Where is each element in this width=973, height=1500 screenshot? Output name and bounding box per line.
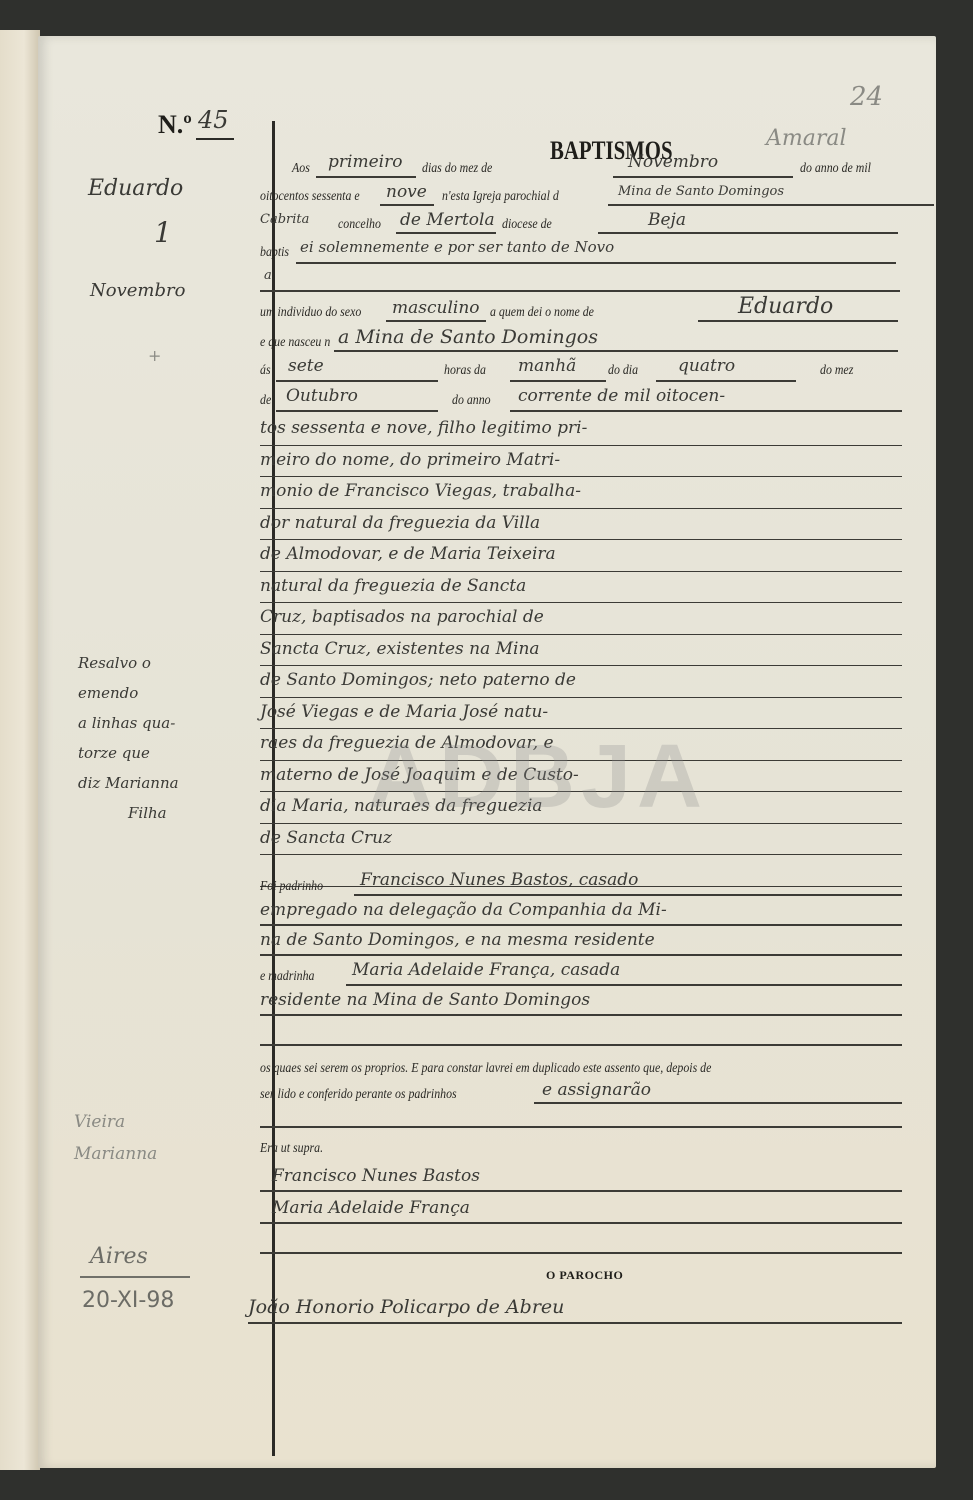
- field-diocese: Beja: [648, 210, 686, 230]
- printed-text: diocese de: [502, 216, 552, 232]
- printed-text: ás: [260, 362, 271, 378]
- printed-text: Foi padrinho: [260, 878, 323, 894]
- printed-text: n'esta Igreja parochial d: [442, 188, 559, 204]
- godfather-line-2: empregado na delegação da Companhia da M…: [260, 900, 667, 920]
- field-parish-cont: Cabrita: [260, 212, 309, 227]
- printed-text: do anno de mil: [800, 160, 871, 176]
- field-concelho: de Mertola: [400, 210, 495, 230]
- printed-text: do dia: [608, 362, 638, 378]
- field-line: [598, 232, 898, 234]
- godmother-line-2: residente na Mina de Santo Domingos: [260, 990, 590, 1010]
- printed-text: oitocentos sessenta e: [260, 188, 360, 204]
- entry-number-underline: [196, 138, 234, 140]
- printed-text: Aos: [292, 160, 310, 176]
- godfather-line-1: Francisco Nunes Bastos, casado: [360, 870, 638, 890]
- field-birth-day: quatro: [678, 356, 735, 376]
- margin-correction-note: Resalvo o emendo a linhas qua- torze que…: [78, 648, 179, 828]
- field-line: [260, 1252, 902, 1254]
- field-line: [316, 176, 416, 178]
- field-line: [260, 1044, 902, 1046]
- printed-text: e madrinha: [260, 968, 314, 984]
- godfather-line-3: na de Santo Domingos, e na mesma residen…: [260, 930, 655, 950]
- field-line: [656, 380, 796, 382]
- field-birth-year: corrente de mil oitocen-: [518, 386, 725, 406]
- field-line: [386, 320, 486, 322]
- field-month: Novembro: [628, 152, 718, 172]
- field-hour: sete: [288, 356, 324, 376]
- signature-godmother: Maria Adelaide França: [272, 1198, 470, 1218]
- field-birth-month: Outubro: [286, 386, 358, 406]
- printed-text: horas da: [444, 362, 486, 378]
- printed-text: de: [260, 392, 271, 408]
- printed-text: a quem dei o nome de: [490, 304, 594, 320]
- margin-day: 1: [154, 216, 172, 249]
- printed-text: e que nasceu n: [260, 334, 330, 350]
- field-line: [296, 262, 896, 264]
- field-baptism-type: ei solemnemente e por ser tanto de Novo: [300, 238, 614, 256]
- archive-watermark: ADBJA: [368, 726, 708, 829]
- field-line: [380, 204, 434, 206]
- field-line: [260, 1190, 902, 1192]
- field-line: [334, 350, 898, 352]
- field-line: [396, 232, 496, 234]
- field-line: [276, 380, 438, 382]
- field-parish: Mina de Santo Domingos: [618, 184, 784, 199]
- top-right-note: Amaral: [766, 126, 847, 151]
- printed-text: concelho: [338, 216, 381, 232]
- field-line: [260, 290, 900, 292]
- field-line: [260, 1222, 902, 1224]
- field-line: [260, 924, 902, 926]
- field-name: Eduardo: [738, 294, 833, 319]
- field-line: [534, 1102, 902, 1104]
- printed-text: ser lido e conferido perante os padrinho…: [260, 1086, 457, 1102]
- field-signed: e assignarão: [542, 1080, 651, 1100]
- field-line: [248, 1322, 902, 1324]
- margin-month: Novembro: [90, 280, 185, 301]
- margin-pencil-name-1: Vieira: [74, 1112, 125, 1132]
- godmother-line-1: Maria Adelaide França, casada: [352, 960, 620, 980]
- printed-text: baptis: [260, 244, 289, 260]
- field-line: [354, 894, 902, 896]
- page-number: 24: [850, 82, 883, 112]
- margin-pencil-name-2: Marianna: [74, 1144, 157, 1164]
- signature-godfather: Francisco Nunes Bastos: [272, 1166, 480, 1186]
- field-line5: a: [264, 268, 272, 283]
- printed-text: do anno: [452, 392, 491, 408]
- entry-number-label: N.º: [158, 110, 192, 140]
- archivist-date: 20-XI-98: [82, 1288, 174, 1313]
- margin-child-name: Eduardo: [88, 176, 183, 201]
- register-page: 24 Amaral BAPTISMOS N.º 45 Eduardo 1 Nov…: [38, 36, 936, 1468]
- printed-text: um individuo do sexo: [260, 304, 361, 320]
- field-line: [510, 380, 606, 382]
- signature-priest: João Honorio Policarpo de Abreu: [248, 1296, 564, 1318]
- margin-cross-mark: +: [148, 346, 161, 365]
- field-period: manhã: [518, 356, 576, 376]
- printed-text: do mez: [820, 362, 853, 378]
- archivist-signature: Aires: [90, 1244, 148, 1269]
- printed-text: dias do mez de: [422, 160, 492, 176]
- field-line: [260, 1126, 902, 1128]
- field-sex: masculino: [392, 298, 480, 318]
- printed-text: Era ut supra.: [260, 1140, 323, 1156]
- field-line: [276, 410, 438, 412]
- field-line: [260, 1014, 902, 1016]
- left-page-edge: [0, 30, 40, 1470]
- field-line: [260, 954, 902, 956]
- field-line: [608, 204, 934, 206]
- field-year-suffix: nove: [386, 182, 427, 202]
- printed-text: os quaes sei serem os proprios. E para c…: [260, 1060, 711, 1076]
- entry-number: 45: [198, 106, 229, 134]
- archivist-underline: [80, 1276, 190, 1278]
- field-line: [698, 320, 898, 322]
- field-line: [510, 410, 902, 412]
- field-line: [346, 984, 902, 986]
- field-day: primeiro: [328, 152, 402, 172]
- field-birthplace: a Mina de Santo Domingos: [338, 326, 598, 348]
- parocho-label: O PAROCHO: [546, 1268, 623, 1283]
- field-line: [613, 176, 793, 178]
